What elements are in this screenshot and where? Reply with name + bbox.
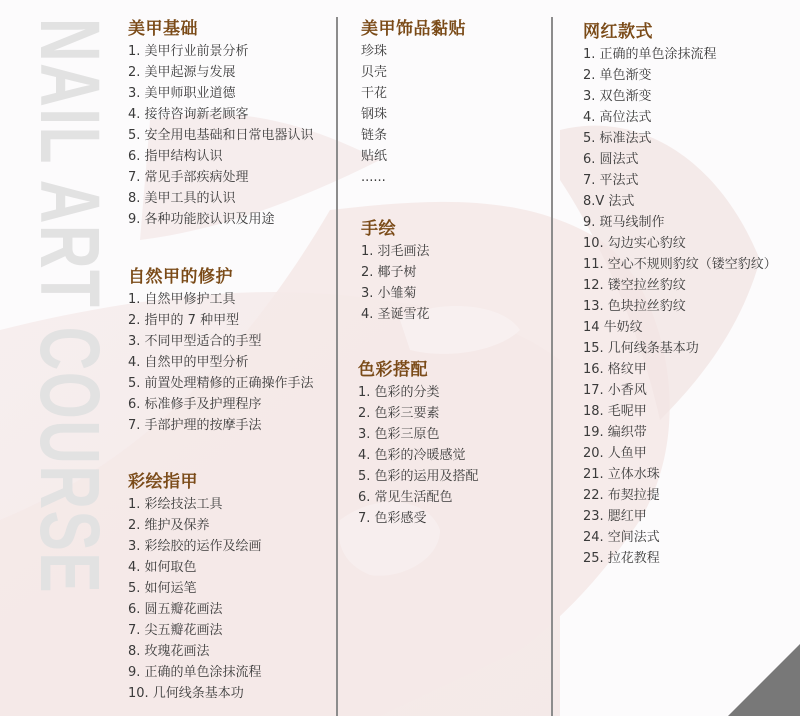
list-item: 6. 指甲结构认识 xyxy=(128,146,314,167)
list-item: 7. 常见手部疾病处理 xyxy=(128,167,314,188)
list-item: 14 牛奶纹 xyxy=(583,317,777,338)
list-item: 11. 空心不规则豹纹（镂空豹纹） xyxy=(583,254,777,275)
course-list: 珍珠 贝壳 干花 钢珠 链条 贴纸 ...... xyxy=(361,41,466,188)
corner-triangle-decoration xyxy=(728,644,800,716)
list-item: 24. 空间法式 xyxy=(583,527,777,548)
list-item: 19. 编织带 xyxy=(583,422,777,443)
list-item: 5. 标准法式 xyxy=(583,128,777,149)
list-item: 贴纸 xyxy=(361,146,466,167)
list-item: 25. 拉花教程 xyxy=(583,548,777,569)
list-item: 21. 立体水珠 xyxy=(583,464,777,485)
list-item: 3. 不同甲型适合的手型 xyxy=(128,331,314,352)
list-item: 5. 色彩的运用及搭配 xyxy=(358,466,479,487)
list-item: 4. 接待咨询新老顾客 xyxy=(128,104,314,125)
section-title: 手绘 xyxy=(361,217,430,241)
list-item: 4. 色彩的冷暖感觉 xyxy=(358,445,479,466)
course-list: 1. 色彩的分类 2. 色彩三要素 3. 色彩三原色 4. 色彩的冷暖感觉 5.… xyxy=(358,382,479,529)
section-title: 美甲饰品黏贴 xyxy=(361,17,466,41)
list-item: 珍珠 xyxy=(361,41,466,62)
list-item: 7. 手部护理的按摩手法 xyxy=(128,415,314,436)
section-color-matching: 色彩搭配 1. 色彩的分类 2. 色彩三要素 3. 色彩三原色 4. 色彩的冷暖… xyxy=(358,358,479,529)
list-item: 4. 高位法式 xyxy=(583,107,777,128)
column-divider-2 xyxy=(551,17,553,716)
list-item: 6. 常见生活配色 xyxy=(358,487,479,508)
list-item: ...... xyxy=(361,167,466,188)
list-item: 5. 如何运笔 xyxy=(128,578,262,599)
list-item: 2. 单色渐变 xyxy=(583,65,777,86)
list-item: 15. 几何线条基本功 xyxy=(583,338,777,359)
list-item: 22. 布契拉提 xyxy=(583,485,777,506)
list-item: 8. 玫瑰花画法 xyxy=(128,641,262,662)
list-item: 18. 毛呢甲 xyxy=(583,401,777,422)
section-hand-painting: 手绘 1. 羽毛画法 2. 椰子树 3. 小雏菊 4. 圣诞雪花 xyxy=(361,217,430,325)
list-item: 9. 各种功能胶认识及用途 xyxy=(128,209,314,230)
course-list: 1. 彩绘技法工具 2. 维护及保养 3. 彩绘胶的运作及绘画 4. 如何取色 … xyxy=(128,494,262,704)
list-item: 3. 色彩三原色 xyxy=(358,424,479,445)
section-painted-nails: 彩绘指甲 1. 彩绘技法工具 2. 维护及保养 3. 彩绘胶的运作及绘画 4. … xyxy=(128,470,262,704)
course-list: 1. 美甲行业前景分析 2. 美甲起源与发展 3. 美甲师职业道德 4. 接待咨… xyxy=(128,41,314,230)
list-item: 13. 色块拉丝豹纹 xyxy=(583,296,777,317)
list-item: 1. 彩绘技法工具 xyxy=(128,494,262,515)
course-list: 1. 正确的单色涂抹流程 2. 单色渐变 3. 双色渐变 4. 高位法式 5. … xyxy=(583,44,777,569)
list-item: 16. 格纹甲 xyxy=(583,359,777,380)
list-item: 干花 xyxy=(361,83,466,104)
list-item: 23. 腮红甲 xyxy=(583,506,777,527)
list-item: 5. 前置处理精修的正确操作手法 xyxy=(128,373,314,394)
column-divider-1 xyxy=(336,17,338,716)
list-item: 10. 几何线条基本功 xyxy=(128,683,262,704)
list-item: 贝壳 xyxy=(361,62,466,83)
list-item: 1. 自然甲修护工具 xyxy=(128,289,314,310)
section-title: 网红款式 xyxy=(583,20,777,44)
list-item: 8. 美甲工具的认识 xyxy=(128,188,314,209)
list-item: 3. 美甲师职业道德 xyxy=(128,83,314,104)
list-item: 2. 色彩三要素 xyxy=(358,403,479,424)
course-list: 1. 自然甲修护工具 2. 指甲的 7 种甲型 3. 不同甲型适合的手型 4. … xyxy=(128,289,314,436)
list-item: 3. 小雏菊 xyxy=(361,283,430,304)
list-item: 4. 自然甲的甲型分析 xyxy=(128,352,314,373)
list-item: 1. 色彩的分类 xyxy=(358,382,479,403)
list-item: 1. 羽毛画法 xyxy=(361,241,430,262)
list-item: 3. 双色渐变 xyxy=(583,86,777,107)
section-trending-styles: 网红款式 1. 正确的单色涂抹流程 2. 单色渐变 3. 双色渐变 4. 高位法… xyxy=(583,20,777,569)
list-item: 6. 圆法式 xyxy=(583,149,777,170)
list-item: 10. 勾边实心豹纹 xyxy=(583,233,777,254)
list-item: 2. 美甲起源与发展 xyxy=(128,62,314,83)
list-item: 7. 平法式 xyxy=(583,170,777,191)
list-item: 17. 小香风 xyxy=(583,380,777,401)
watermark-text: NAIL ART COURSE xyxy=(30,18,110,594)
section-nail-basics: 美甲基础 1. 美甲行业前景分析 2. 美甲起源与发展 3. 美甲师职业道德 4… xyxy=(128,17,314,230)
list-item: 4. 如何取色 xyxy=(128,557,262,578)
list-item: 4. 圣诞雪花 xyxy=(361,304,430,325)
section-natural-nail-care: 自然甲的修护 1. 自然甲修护工具 2. 指甲的 7 种甲型 3. 不同甲型适合… xyxy=(128,265,314,436)
list-item: 6. 标准修手及护理程序 xyxy=(128,394,314,415)
list-item: 5. 安全用电基础和日常电器认识 xyxy=(128,125,314,146)
list-item: 2. 椰子树 xyxy=(361,262,430,283)
list-item: 链条 xyxy=(361,125,466,146)
list-item: 6. 圆五瓣花画法 xyxy=(128,599,262,620)
list-item: 7. 尖五瓣花画法 xyxy=(128,620,262,641)
list-item: 9. 正确的单色涂抹流程 xyxy=(128,662,262,683)
section-nail-decorations: 美甲饰品黏贴 珍珠 贝壳 干花 钢珠 链条 贴纸 ...... xyxy=(361,17,466,188)
section-title: 色彩搭配 xyxy=(358,358,479,382)
list-item: 12. 镂空拉丝豹纹 xyxy=(583,275,777,296)
list-item: 钢珠 xyxy=(361,104,466,125)
section-title: 自然甲的修护 xyxy=(128,265,314,289)
list-item: 8.V 法式 xyxy=(583,191,777,212)
list-item: 7. 色彩感受 xyxy=(358,508,479,529)
list-item: 1. 正确的单色涂抹流程 xyxy=(583,44,777,65)
vertical-watermark-title: NAIL ART COURSE xyxy=(30,18,110,528)
course-list: 1. 羽毛画法 2. 椰子树 3. 小雏菊 4. 圣诞雪花 xyxy=(361,241,430,325)
list-item: 3. 彩绘胶的运作及绘画 xyxy=(128,536,262,557)
list-item: 2. 维护及保养 xyxy=(128,515,262,536)
list-item: 1. 美甲行业前景分析 xyxy=(128,41,314,62)
list-item: 20. 人鱼甲 xyxy=(583,443,777,464)
section-title: 彩绘指甲 xyxy=(128,470,262,494)
list-item: 9. 斑马线制作 xyxy=(583,212,777,233)
list-item: 2. 指甲的 7 种甲型 xyxy=(128,310,314,331)
section-title: 美甲基础 xyxy=(128,17,314,41)
